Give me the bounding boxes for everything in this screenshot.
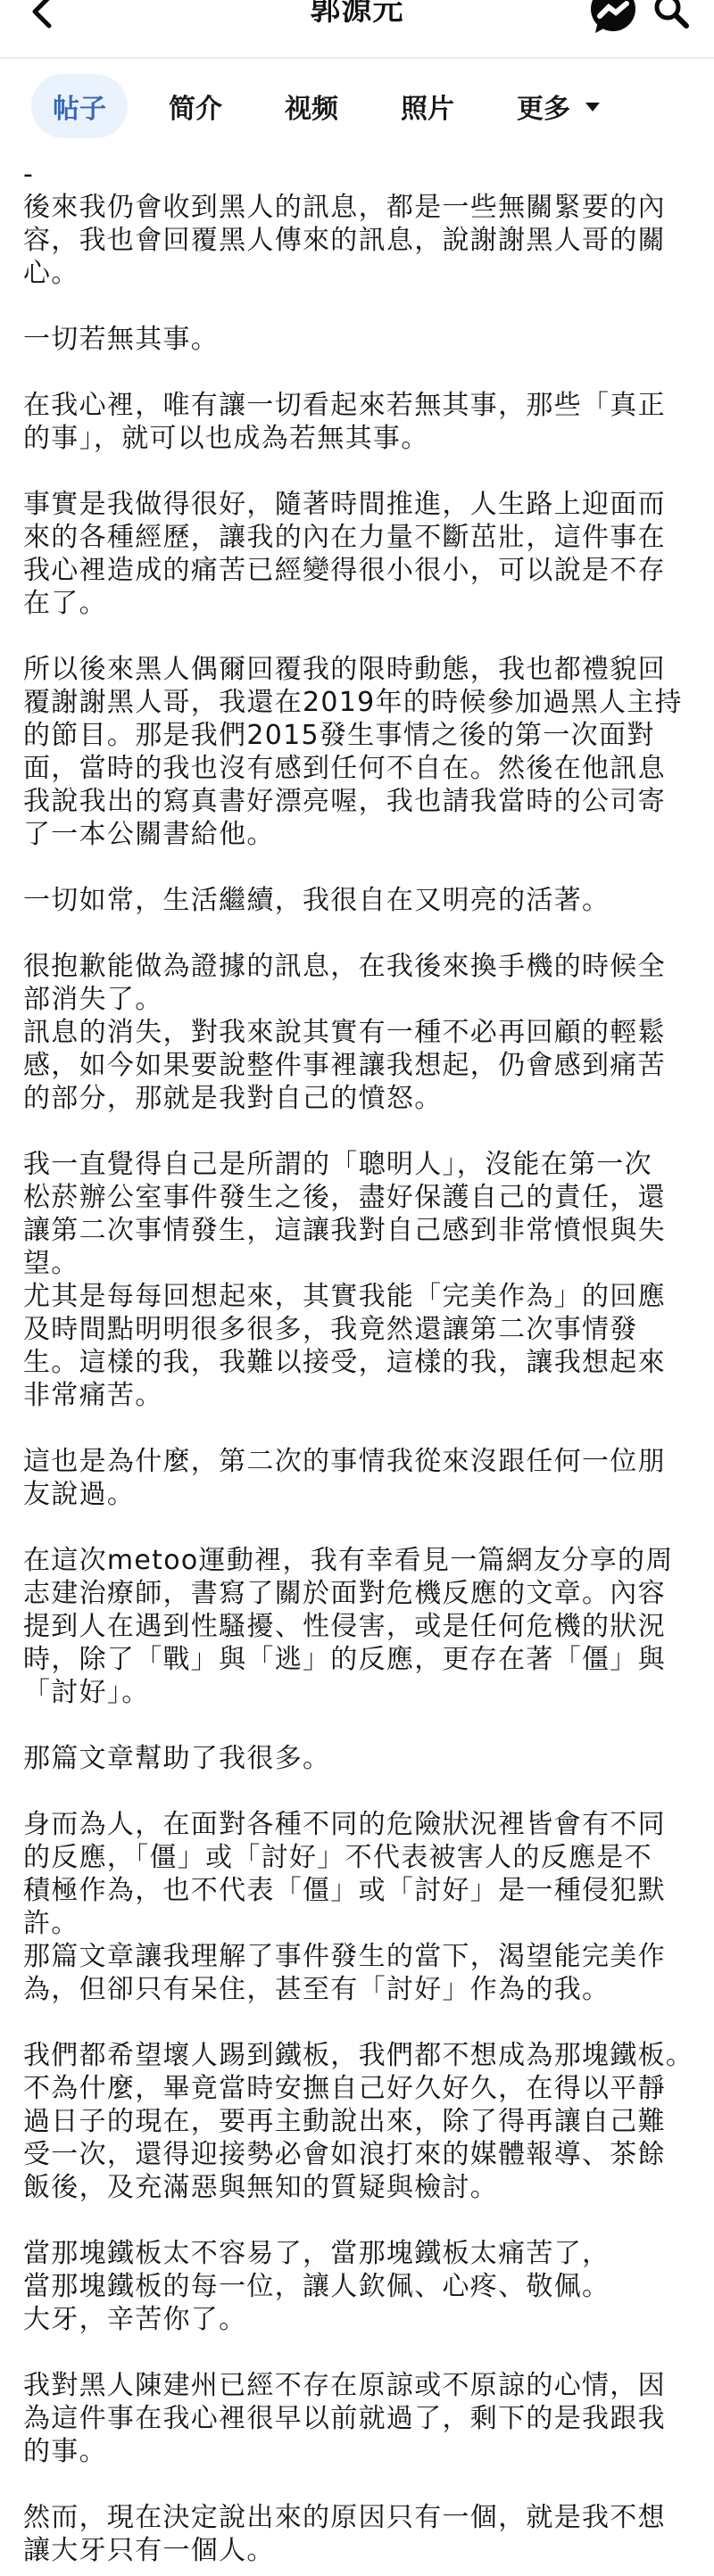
paragraph: 那篇文章幫助了我很多。 (23, 1742, 710, 1775)
tab-more[interactable]: 更多 (495, 74, 621, 138)
text-line: 的事」，就可以也成為若無其事。 (23, 422, 710, 455)
caret-down-icon (585, 103, 600, 111)
text-line: 不為什麼，畢竟當時安撫自己好久好久，在得以平靜 (23, 2072, 710, 2105)
text-line: 松菸辦公室事件發生之後，盡好保護自己的責任，還 (23, 1181, 710, 1214)
text-line: 在這次metoo運動裡，我有幸看見一篇網友分享的周 (23, 1544, 710, 1577)
text-line: 一切若無其事。 (23, 323, 710, 356)
paragraph: 所以後來黑人偶爾回覆我的限時動態，我也都禮貌回 覆謝謝黑人哥，我還在2019年的… (23, 653, 710, 851)
paragraph: 這也是為什麼，第二次的事情我從來沒跟任何一位朋 友說過。 (23, 1445, 710, 1511)
text-line: 覆謝謝黑人哥，我還在2019年的時候參加過黑人主持 (23, 686, 710, 719)
tab-videos[interactable]: 视频 (263, 74, 360, 138)
text-line: 感，如今如果要說整件事裡讓我想起，仍會感到痛苦 (23, 1049, 710, 1082)
post-body: - 後來我仍會收到黑人的訊息，都是一些無關緊要的內 容，我也會回覆黑人傳來的訊息… (23, 158, 710, 2567)
text-line: 面，當時的我也沒有感到任何不自在。然後在他訊息 (23, 752, 710, 785)
tab-label: 视频 (285, 87, 338, 126)
text-line: 過日子的現在，要再主動說出來，除了得再讓自己難 (23, 2105, 710, 2138)
text-line: 時，除了「戰」與「逃」的反應，更存在著「僵」與 (23, 1643, 710, 1676)
text-line: 飯後，及充滿惡與無知的質疑與檢討。 (23, 2171, 710, 2204)
text-line: 「討好」。 (23, 1676, 710, 1709)
text-line: 的事。 (23, 2435, 710, 2468)
text-line: - (23, 158, 710, 191)
text-line: 為這件事在我心裡很早以前就過了，剩下的是我跟我 (23, 2402, 710, 2435)
text-line: 那篇文章讓我理解了事件發生的當下，渴望能完美作 (23, 1940, 710, 1973)
tab-label: 简介 (169, 87, 222, 126)
tab-label: 帖子 (53, 87, 106, 126)
text-line: 這也是為什麼，第二次的事情我從來沒跟任何一位朋 (23, 1445, 710, 1478)
text-line: 尤其是每每回想起來，其實我能「完美作為」的回應 (23, 1280, 710, 1313)
paragraph: 一切如常，生活繼續，我很自在又明亮的活著。 (23, 884, 710, 917)
text-line: 在我心裡，唯有讓一切看起來若無其事，那些「真正 (23, 389, 710, 422)
header-divider (0, 57, 714, 59)
text-line: 及時間點明明很多很多，我竟然還讓第二次事情發 (23, 1313, 710, 1346)
text-line: 讓第二次事情發生，這讓我對自己感到非常憤恨與失 (23, 1214, 710, 1247)
text-line: 那篇文章幫助了我很多。 (23, 1742, 710, 1775)
text-line: 我對黑人陳建州已經不存在原諒或不原諒的心情，因 (23, 2369, 710, 2402)
text-line: 部消失了。 (23, 983, 710, 1016)
paragraph: 事實是我做得很好，隨著時間推進，人生路上迎面而 來的各種經歷，讓我的內在力量不斷… (23, 488, 710, 620)
text-line: 事實是我做得很好，隨著時間推進，人生路上迎面而 (23, 488, 710, 521)
text-line: 來的各種經歷，讓我的內在力量不斷茁壯，這件事在 (23, 521, 710, 554)
paragraph: 很抱歉能做為證據的訊息，在我後來換手機的時候全 部消失了。 訊息的消失，對我來說… (23, 950, 710, 1115)
paragraph: 我對黑人陳建州已經不存在原諒或不原諒的心情，因 為這件事在我心裡很早以前就過了，… (23, 2369, 710, 2468)
text-line: 友說過。 (23, 1478, 710, 1511)
text-line: 大牙，辛苦你了。 (23, 2303, 710, 2336)
tab-posts[interactable]: 帖子 (31, 74, 128, 138)
text-line: 當那塊鐵板的每一位，讓人欽佩、心疼、敬佩。 (23, 2270, 710, 2303)
text-line: 積極作為，也不代表「僵」或「討好」是一種侵犯默 (23, 1874, 710, 1907)
text-line: 了一本公關書給他。 (23, 818, 710, 851)
text-line: 生。這樣的我，我難以接受，這樣的我，讓我想起來 (23, 1346, 710, 1379)
messenger-icon[interactable] (589, 0, 637, 34)
paragraph: 我一直覺得自己是所謂的「聰明人」，沒能在第一次 松菸辦公室事件發生之後，盡好保護… (23, 1148, 710, 1412)
top-app-bar: 郭源元 (0, 0, 714, 57)
text-line: 提到人在遇到性騷擾、性侵害，或是任何危機的狀況 (23, 1610, 710, 1643)
text-line: 一切如常，生活繼續，我很自在又明亮的活著。 (23, 884, 710, 917)
text-line: 志建治療師，書寫了關於面對危機反應的文章。內容 (23, 1577, 710, 1610)
text-line: 所以後來黑人偶爾回覆我的限時動態，我也都禮貌回 (23, 653, 710, 686)
search-icon[interactable] (650, 0, 694, 34)
text-line: 非常痛苦。 (23, 1379, 710, 1412)
text-line: 我心裡造成的痛苦已經變得很小很小，可以說是不存 (23, 554, 710, 587)
tab-label: 更多 (517, 87, 570, 126)
text-line: 我說我出的寫真書好漂亮喔，我也請我當時的公司寄 (23, 785, 710, 818)
tab-label: 照片 (401, 87, 454, 126)
text-line: 心。 (23, 257, 710, 290)
text-line: 後來我仍會收到黑人的訊息，都是一些無關緊要的內 (23, 191, 710, 224)
tab-photos[interactable]: 照片 (379, 74, 476, 138)
text-line: 的部分，那就是我對自己的憤怒。 (23, 1082, 710, 1115)
paragraph: 身而為人，在面對各種不同的危險狀況裡皆會有不同 的反應，「僵」或「討好」不代表被… (23, 1808, 710, 2006)
text-line: 在了。 (23, 587, 710, 620)
tab-about[interactable]: 简介 (147, 74, 244, 138)
text-line: 望。 (23, 1247, 710, 1280)
paragraph: 我們都希望壞人踢到鐵板，我們都不想成為那塊鐵板。 不為什麼，畢竟當時安撫自己好久… (23, 2039, 710, 2204)
paragraph: 當那塊鐵板太不容易了，當那塊鐵板太痛苦了， 當那塊鐵板的每一位，讓人欽佩、心疼、… (23, 2237, 710, 2336)
text-line: 當那塊鐵板太不容易了，當那塊鐵板太痛苦了， (23, 2237, 710, 2270)
paragraph: - 後來我仍會收到黑人的訊息，都是一些無關緊要的內 容，我也會回覆黑人傳來的訊息… (23, 158, 710, 290)
text-line: 許。 (23, 1907, 710, 1940)
text-line: 讓大牙只有一個人。 (23, 2534, 710, 2567)
text-line: 的反應，「僵」或「討好」不代表被害人的反應是不 (23, 1841, 710, 1874)
text-line: 身而為人，在面對各種不同的危險狀況裡皆會有不同 (23, 1808, 710, 1841)
text-line: 然而，現在決定說出來的原因只有一個，就是我不想 (23, 2501, 710, 2534)
profile-tabs: 帖子 简介 视频 照片 更多 (31, 74, 621, 138)
text-line: 很抱歉能做為證據的訊息，在我後來換手機的時候全 (23, 950, 710, 983)
paragraph: 一切若無其事。 (23, 323, 710, 356)
text-line: 我們都希望壞人踢到鐵板，我們都不想成為那塊鐵板。 (23, 2039, 710, 2072)
text-line: 我一直覺得自己是所謂的「聰明人」，沒能在第一次 (23, 1148, 710, 1181)
paragraph: 在這次metoo運動裡，我有幸看見一篇網友分享的周 志建治療師，書寫了關於面對危… (23, 1544, 710, 1709)
text-line: 受一次，還得迎接勢必會如浪打來的媒體報導、茶餘 (23, 2138, 710, 2171)
text-line: 的節目。那是我們2015發生事情之後的第一次面對 (23, 719, 710, 752)
text-line: 為，但卻只有呆住，甚至有「討好」作為的我。 (23, 1973, 710, 2006)
text-line: 訊息的消失，對我來說其實有一種不必再回顧的輕鬆 (23, 1016, 710, 1049)
paragraph: 在我心裡，唯有讓一切看起來若無其事，那些「真正 的事」，就可以也成為若無其事。 (23, 389, 710, 455)
text-line: 容，我也會回覆黑人傳來的訊息，說謝謝黑人哥的關 (23, 224, 710, 257)
paragraph: 然而，現在決定說出來的原因只有一個，就是我不想 讓大牙只有一個人。 (23, 2501, 710, 2567)
